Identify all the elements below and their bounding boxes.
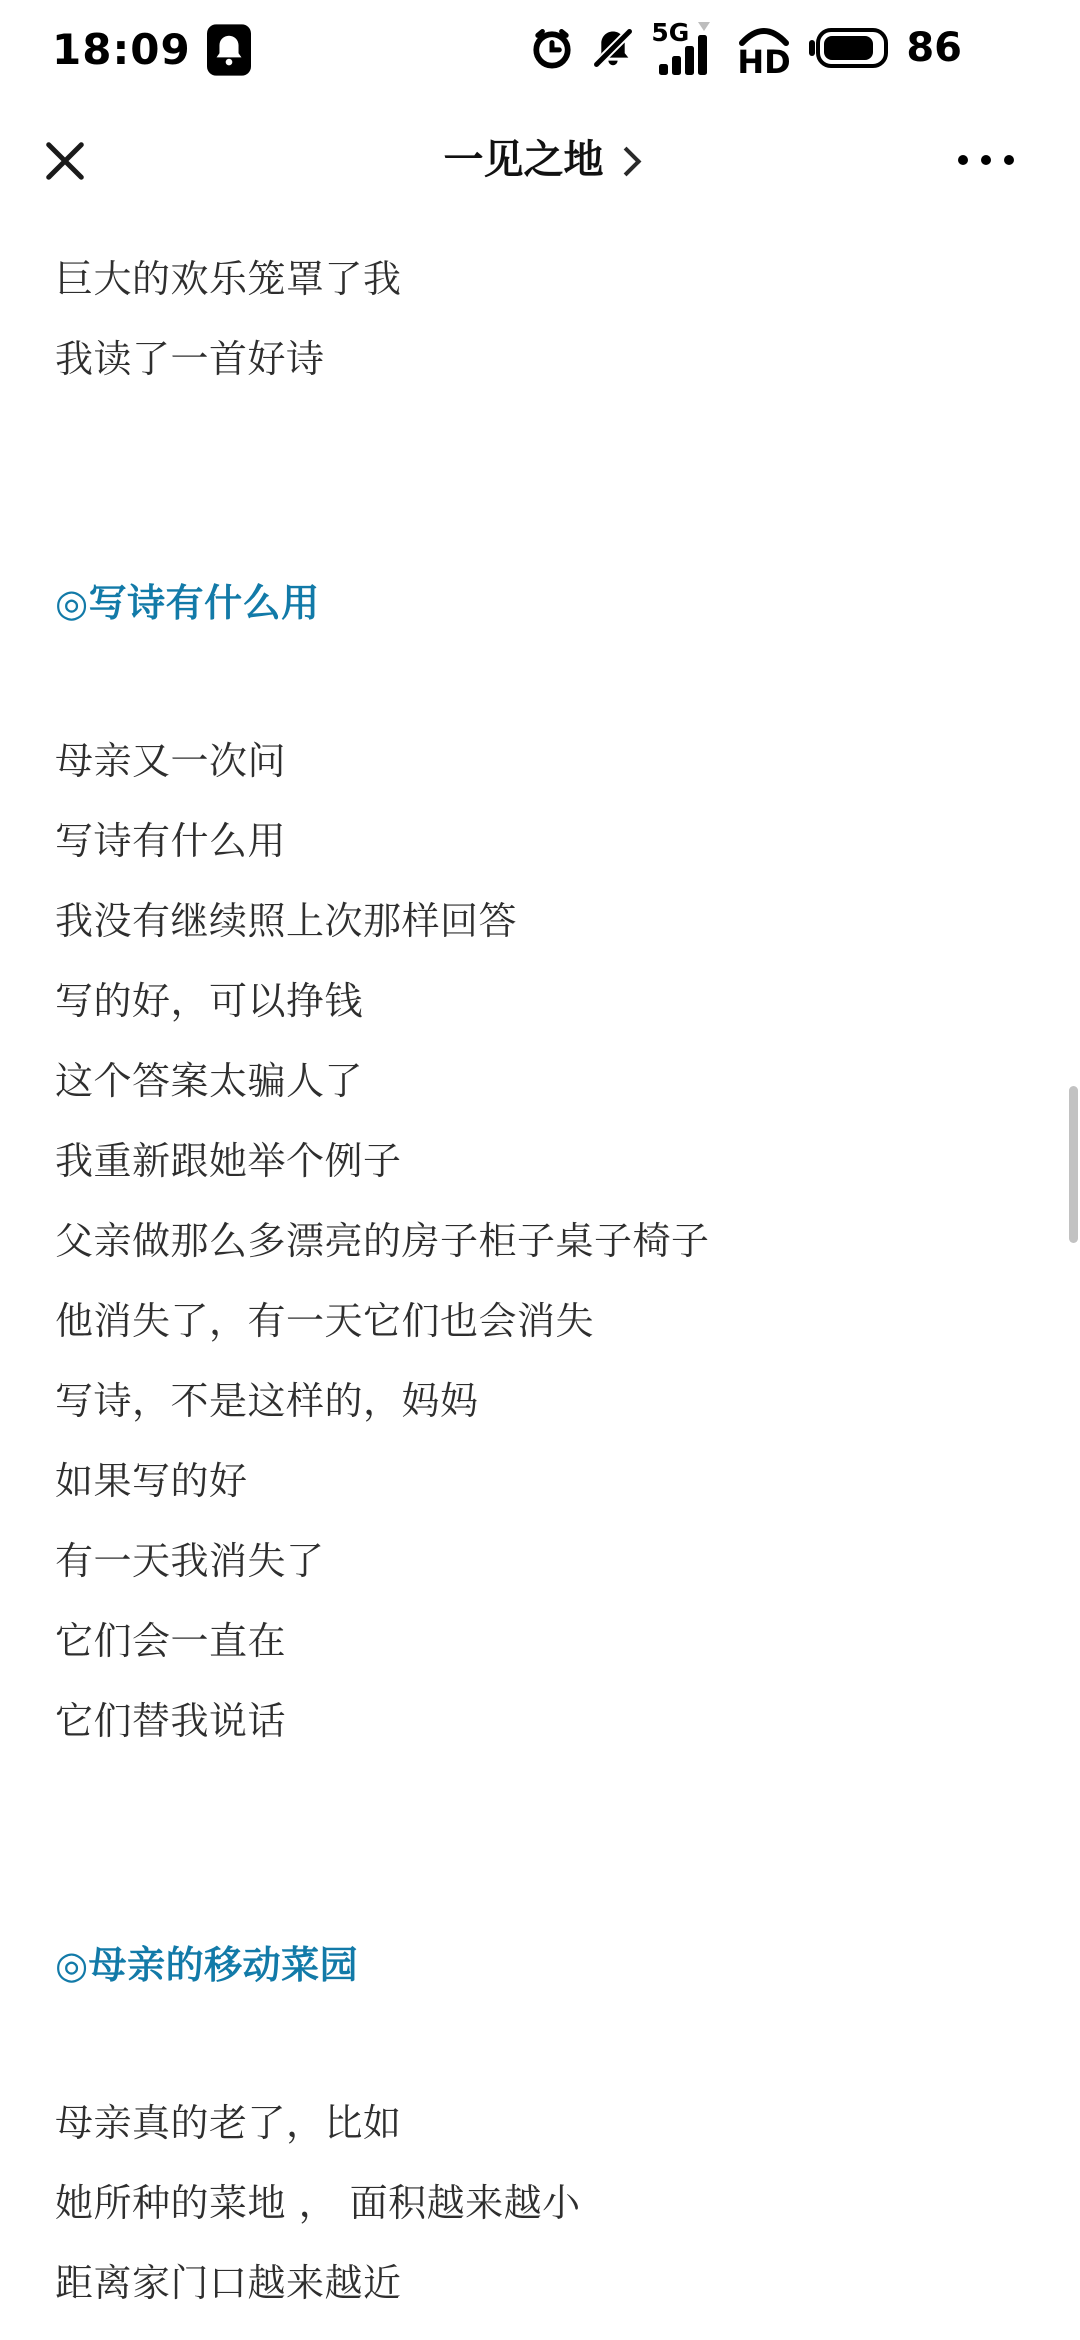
battery-icon bbox=[809, 27, 889, 69]
article-content: 巨大的欢乐笼罩了我我读了一首好诗◎写诗有什么用母亲又一次问写诗有什么用我没有继续… bbox=[55, 220, 1025, 2319]
poem-line: 我读了一首好诗 bbox=[55, 315, 1025, 395]
notification-icon bbox=[207, 24, 251, 76]
poem-line: 写诗有什么用 bbox=[55, 797, 1025, 877]
article-account-link[interactable]: 一见之地 bbox=[0, 110, 1080, 210]
poem-line: 它们替我说话 bbox=[55, 1677, 1025, 1757]
nav-bar: 一见之地 bbox=[0, 110, 1080, 210]
section-heading: ◎母亲的移动菜园 bbox=[55, 1921, 1025, 2001]
poem-line: 这个答案太骗人了 bbox=[55, 1037, 1025, 1117]
poem-line: 如果写的好 bbox=[55, 1437, 1025, 1517]
poem-line: 他消失了，有一天它们也会消失 bbox=[55, 1277, 1025, 1357]
poem-line: 巨大的欢乐笼罩了我 bbox=[55, 235, 1025, 315]
signal-icon: 5G bbox=[651, 20, 719, 76]
poem-line: 我没有继续照上次那样回答 bbox=[55, 877, 1025, 957]
chevron-right-icon bbox=[611, 146, 641, 176]
battery-percent: 86 bbox=[906, 28, 962, 68]
svg-text:HD: HD bbox=[738, 43, 791, 75]
poem-line: 写的好，可以挣钱 bbox=[55, 957, 1025, 1037]
scrollbar-thumb[interactable] bbox=[1069, 1086, 1078, 1243]
poem-line: 母亲又一次问 bbox=[55, 717, 1025, 797]
hd-icon: HD HD bbox=[734, 21, 794, 75]
mute-icon bbox=[590, 25, 636, 71]
poem-line: 我重新跟她举个例子 bbox=[55, 1117, 1025, 1197]
section-heading: ◎写诗有什么用 bbox=[55, 559, 1025, 639]
page-title: 一见之地 bbox=[444, 140, 604, 180]
clock-time: 18:09 bbox=[52, 29, 191, 71]
poem-line: 母亲真的老了，比如 bbox=[55, 2079, 1025, 2159]
status-bar: 18:09 5G bbox=[0, 0, 1080, 80]
poem-line: 有一天我消失了 bbox=[55, 1517, 1025, 1597]
poem-line: 她所种的菜地 ， 面积越来越小 bbox=[55, 2159, 1025, 2239]
poem-line: 它们会一直在 bbox=[55, 1597, 1025, 1677]
poem-line: 父亲做那么多漂亮的房子柜子桌子椅子 bbox=[55, 1197, 1025, 1277]
alarm-clock-icon bbox=[529, 25, 575, 71]
poem-line: 写诗，不是这样的，妈妈 bbox=[55, 1357, 1025, 1437]
more-menu-icon[interactable] bbox=[958, 148, 1014, 172]
poem-line: 距离家门口越来越近 bbox=[55, 2239, 1025, 2319]
